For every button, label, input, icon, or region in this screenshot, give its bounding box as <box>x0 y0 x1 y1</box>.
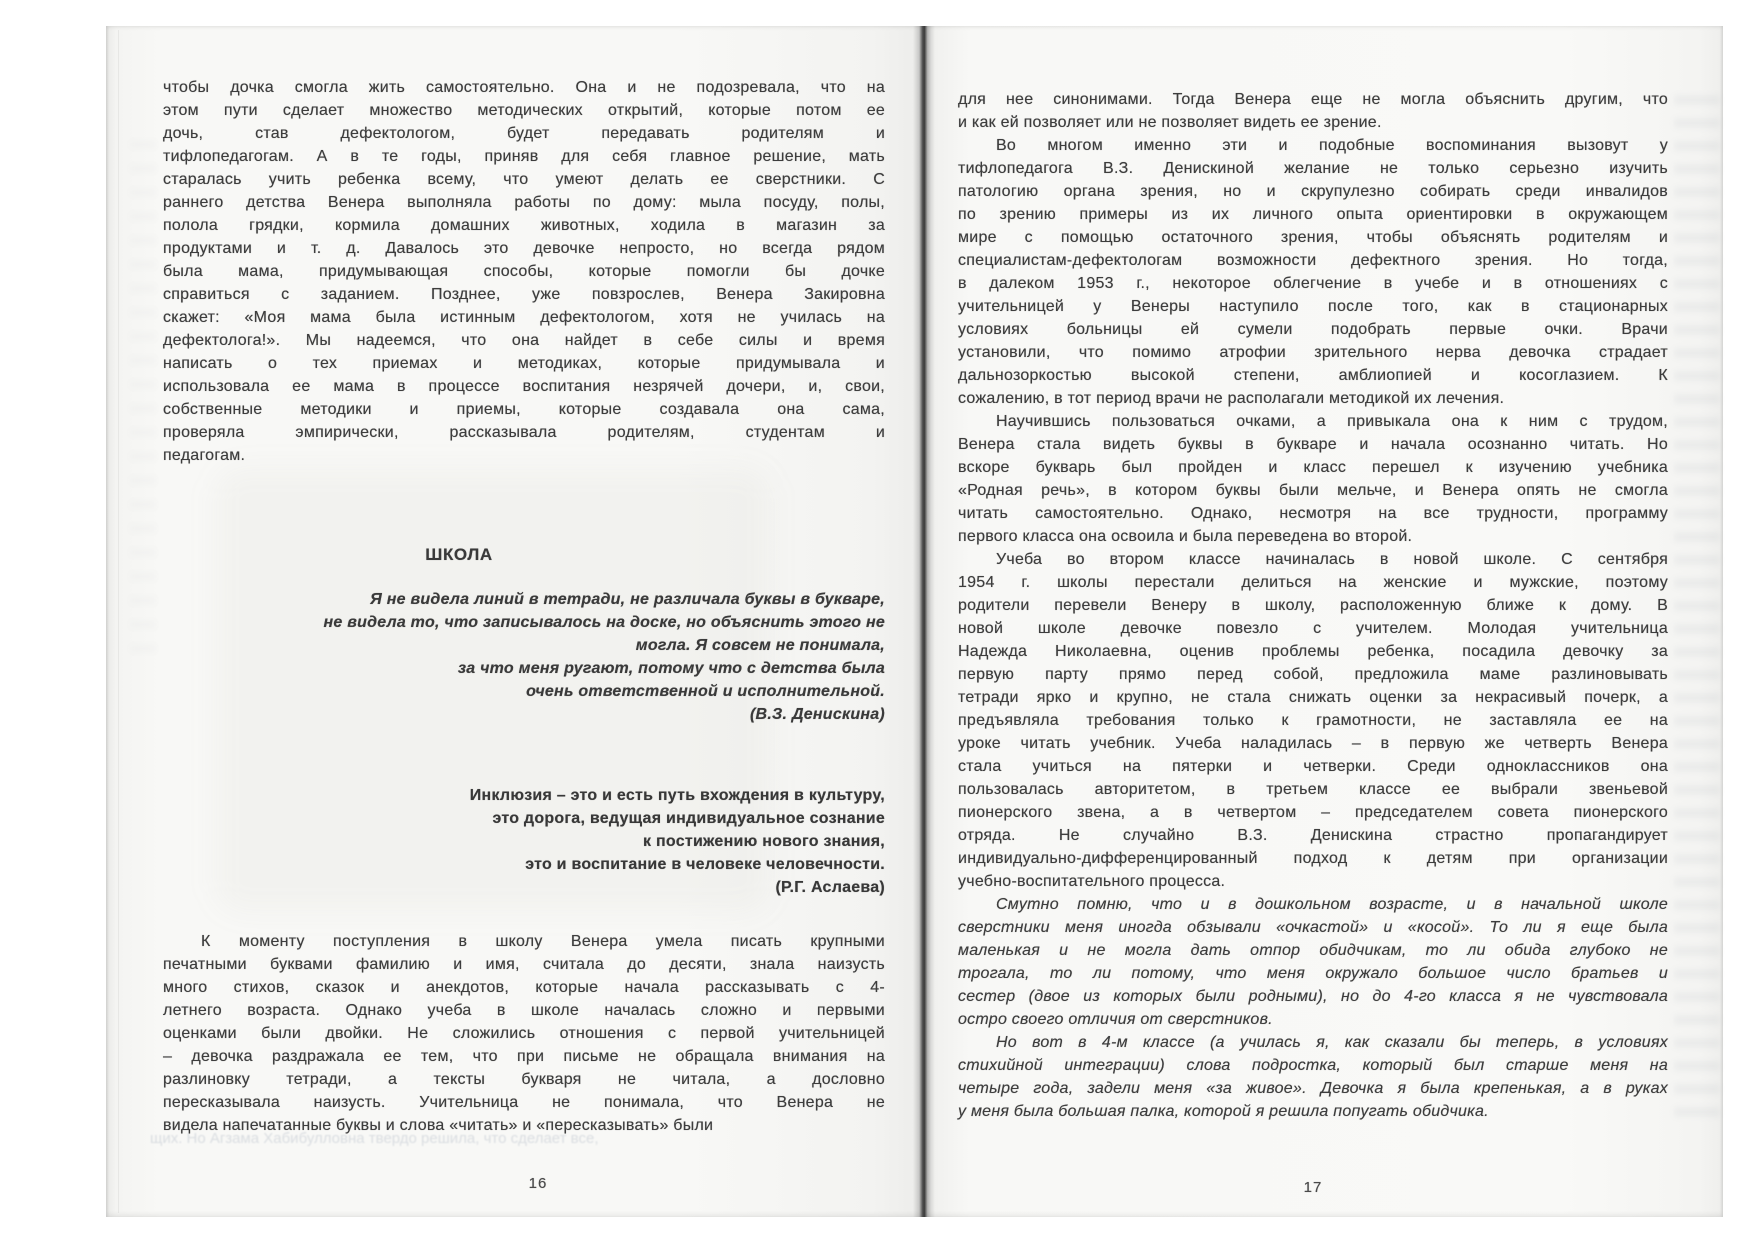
text-line: старалась учить ребенка всему, что умеют… <box>163 168 885 191</box>
text-line: много стихов, сказок и анекдотов, которы… <box>163 976 885 999</box>
page-number-left: 16 <box>177 1172 899 1195</box>
text-line: Но вот в 4-м классе (а училась я, как ск… <box>958 1031 1668 1054</box>
quote-lines: Инклюзия – это и есть путь вхождения в к… <box>163 784 885 876</box>
text-line: Надежда Николаевна, оценив проблемы ребе… <box>958 640 1668 663</box>
text-line: родители перевели Венеру в школу, распол… <box>958 594 1668 617</box>
paragraph: Во многом именно эти и подобные воспомин… <box>958 134 1668 410</box>
text-line: для нее синонимами. Тогда Венера еще не … <box>958 88 1668 111</box>
text-line: тифлопедагога В.З. Денискиной желание не… <box>958 157 1668 180</box>
text-line: стала учиться на пятерки и четверки. Сре… <box>958 755 1668 778</box>
text-line: продуктами и т. д. Давалось это девочке … <box>163 237 885 260</box>
text-line: летнего возраста. Однако учеба в школе н… <box>163 999 885 1022</box>
quote-attribution: (В.З. Денискина) <box>163 703 885 726</box>
text-line: вскоре букварь был пройден и класс переш… <box>958 456 1668 479</box>
text-line: это и воспитание в человеке человечности… <box>163 853 885 876</box>
text-line: «Родная речь», в котором буквы были мель… <box>958 479 1668 502</box>
section-heading: ШКОЛА <box>163 543 885 566</box>
text-line: трогала, то ли потому, что меня окружало… <box>958 962 1668 985</box>
text-line: индивидуально-дифференцированный подход … <box>958 847 1668 870</box>
paragraph: Научившись пользоваться очками, а привык… <box>958 410 1668 548</box>
text-line: пионерского звена, а в четвертом – предс… <box>958 801 1668 824</box>
text-line: педагогам. <box>163 444 885 467</box>
text-line: пересказывала наизусть. Учительница не п… <box>163 1091 885 1114</box>
text-line: установили, что помимо атрофии зрительно… <box>958 341 1668 364</box>
text-line: была мама, придумывающая способы, которы… <box>163 260 885 283</box>
text-line: первого класса она освоила и была переве… <box>958 525 1668 548</box>
text-line: – девочка раздражала ее тем, что при пис… <box>163 1045 885 1068</box>
text-line: Инклюзия – это и есть путь вхождения в к… <box>163 784 885 807</box>
scanned-book-spread: щих. Но Агзама Хабибулловна твердо решил… <box>0 0 1754 1240</box>
text-line: к постижению нового знания, <box>163 830 885 853</box>
text-line: 1954 г. школы перестали делиться на женс… <box>958 571 1668 594</box>
text-line: остро своего отличия от сверстников. <box>958 1008 1668 1031</box>
text-line: за что меня ругают, потому что с детства… <box>163 657 885 680</box>
text-line: и как ей позволяет или не позволяет виде… <box>958 111 1668 134</box>
text-line: учебно-воспитательного процесса. <box>958 870 1668 893</box>
text-line: патологию органа зрения, но и скрупулезн… <box>958 180 1668 203</box>
text-line: справиться с заданием. Позднее, уже повз… <box>163 283 885 306</box>
text-line: это дорога, ведущая индивидуальное созна… <box>163 807 885 830</box>
epigraph-quote-aslaeva: Инклюзия – это и есть путь вхождения в к… <box>163 784 885 899</box>
text-line: Научившись пользоваться очками, а привык… <box>958 410 1668 433</box>
quote-attribution: (Р.Г. Аслаева) <box>163 876 885 899</box>
text-line: тифлопедагогам. А в те годы, приняв для … <box>163 145 885 168</box>
text-line: специалистам-дефектологам возможности де… <box>958 249 1668 272</box>
text-line: условиях больницы ей сумели подобрать пе… <box>958 318 1668 341</box>
text-line: Венера стала видеть буквы в букваре и на… <box>958 433 1668 456</box>
page-edge-line <box>118 30 119 1213</box>
text-line: сестер (двое из которых были родными), н… <box>958 985 1668 1008</box>
text-line: уроке читать учебник. Учеба наладилась –… <box>958 732 1668 755</box>
text-line: Учеба во втором классе начиналась в ново… <box>958 548 1668 571</box>
page-number-right: 17 <box>958 1176 1668 1199</box>
text-line: скажет: «Моя мама была истинным дефектол… <box>163 306 885 329</box>
text-line: сожалению, в тот период врачи не распола… <box>958 387 1668 410</box>
text-line: оценками были двойки. Не сложились отнош… <box>163 1022 885 1045</box>
text-line: могла. Я совсем не понимала, <box>163 634 885 657</box>
right-page-text-column: для нее синонимами. Тогда Венера еще не … <box>958 88 1668 1123</box>
text-line: предъявляла требования только к грамотно… <box>958 709 1668 732</box>
text-line: видела напечатанные буквы и слова «читат… <box>163 1114 885 1137</box>
epigraph-quote-deniskina: Я не видела линий в тетради, не различал… <box>163 588 885 726</box>
text-line: написать о тех приемах и методиках, кото… <box>163 352 885 375</box>
paragraph: Но вот в 4-м классе (а училась я, как ск… <box>958 1031 1668 1123</box>
text-line: по зрению примеры из их личного опыта ор… <box>958 203 1668 226</box>
text-line: в далеком 1953 г., некоторое облегчение … <box>958 272 1668 295</box>
text-line: дефектолога!». Мы надеемся, что она найд… <box>163 329 885 352</box>
text-line: К моменту поступления в школу Венера уме… <box>163 930 885 953</box>
text-line: Я не видела линий в тетради, не различал… <box>163 588 885 611</box>
text-line: проверяла эмпирически, рассказывала роди… <box>163 421 885 444</box>
text-line: Во многом именно эти и подобные воспомин… <box>958 134 1668 157</box>
text-line: чтобы дочка смогла жить самостоятельно. … <box>163 76 885 99</box>
text-line: у меня была большая палка, которой я реш… <box>958 1100 1668 1123</box>
text-line: очень ответственной и исполнительной. <box>163 680 885 703</box>
text-line: сверстники меня иногда обзывали «очкасто… <box>958 916 1668 939</box>
text-line: первую парту прямо перед собой, предложи… <box>958 663 1668 686</box>
left-school-paragraph: К моменту поступления в школу Венера уме… <box>163 930 885 1137</box>
paragraph: для нее синонимами. Тогда Венера еще не … <box>958 88 1668 134</box>
text-line: маленькая и не могла дать отпор обидчика… <box>958 939 1668 962</box>
text-line: печатными буквами фамилию и имя, считала… <box>163 953 885 976</box>
text-line: новой школе девочке повезло с учителем. … <box>958 617 1668 640</box>
text-line: пользовалась авторитетом, в третьем клас… <box>958 778 1668 801</box>
text-line: стихийной интеграции) слова подростка, к… <box>958 1054 1668 1077</box>
text-line: собственные методики и приемы, которые с… <box>163 398 885 421</box>
left-opening-paragraph: чтобы дочка смогла жить самостоятельно. … <box>163 76 885 467</box>
paragraph: Смутно помню, что и в дошкольном возраст… <box>958 893 1668 1031</box>
text-line: этом пути сделает множество методических… <box>163 99 885 122</box>
text-line: разлиновку тетради, а тексты букваря не … <box>163 1068 885 1091</box>
text-line: тетради ярко и крупно, не стала снижать … <box>958 686 1668 709</box>
quote-lines: Я не видела линий в тетради, не различал… <box>163 588 885 703</box>
text-line: отряда. Не случайно В.З. Денискина страс… <box>958 824 1668 847</box>
text-line: полола грядки, кормила домашних животных… <box>163 214 885 237</box>
text-line: дальнозоркостью высокой степени, амблиоп… <box>958 364 1668 387</box>
text-line: не видела то, что записывалось на доске,… <box>163 611 885 634</box>
text-line: использовала ее мама в процессе воспитан… <box>163 375 885 398</box>
paragraph: Учеба во втором классе начиналась в ново… <box>958 548 1668 893</box>
text-line: читать самостоятельно. Однако, несмотря … <box>958 502 1668 525</box>
text-line: дочь, став дефектологом, будет передават… <box>163 122 885 145</box>
text-line: мире с помощью остаточного зрения, чтобы… <box>958 226 1668 249</box>
text-line: учительницей у Венеры наступило после то… <box>958 295 1668 318</box>
text-line: четыре года, задели меня «за живое». Дев… <box>958 1077 1668 1100</box>
text-line: Смутно помню, что и в дошкольном возраст… <box>958 893 1668 916</box>
text-line: раннего детства Венера выполняла работы … <box>163 191 885 214</box>
